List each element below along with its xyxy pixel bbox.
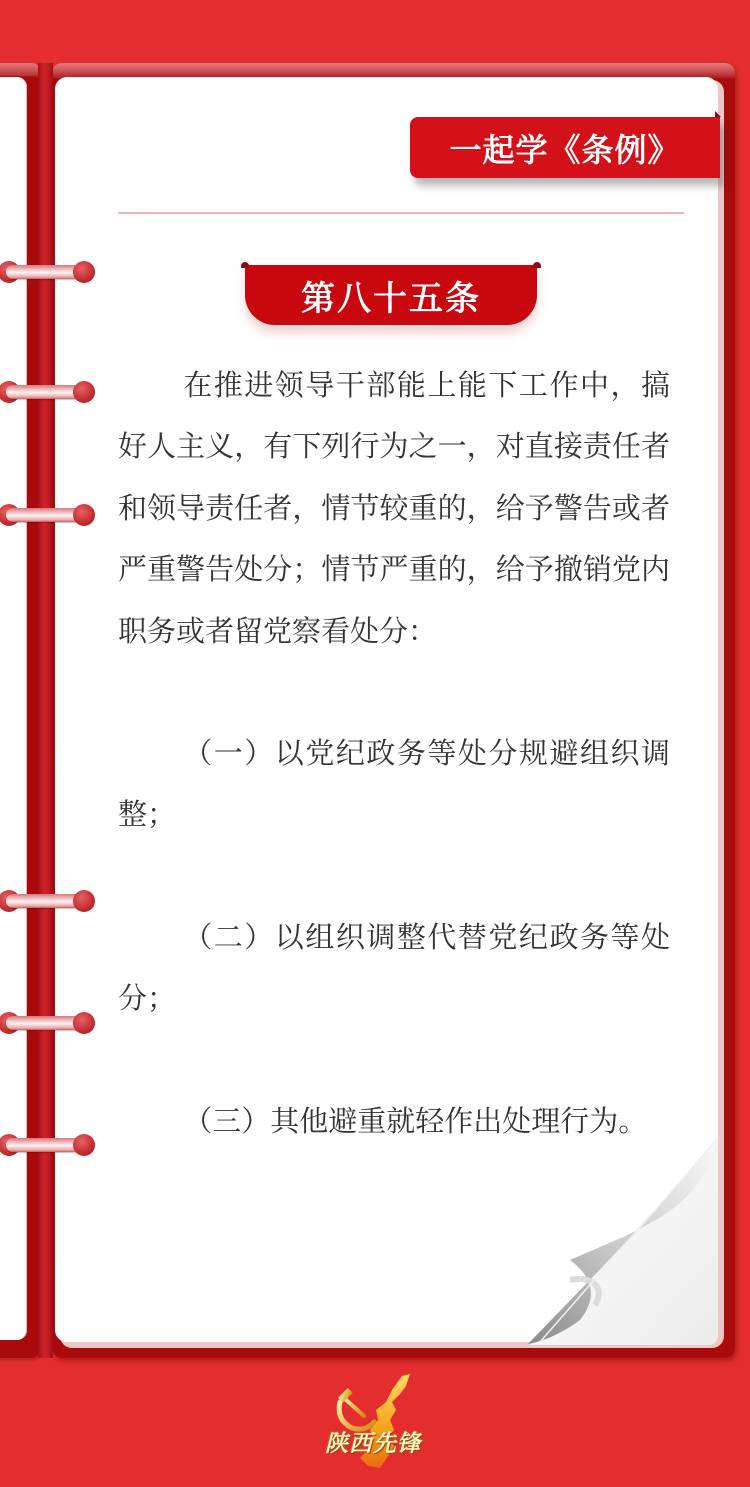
article-intro: 在推进领导干部能上能下工作中，搞好人主义，有下列行为之一，对直接责任者和领导责任… xyxy=(118,355,670,662)
notebook-spine xyxy=(38,63,53,1358)
binder-ring xyxy=(0,381,95,403)
article-item: （二）以组织调整代替党纪政务等处分； xyxy=(118,907,670,1030)
binder-ring xyxy=(0,1012,95,1034)
page-curl-icon xyxy=(500,1130,720,1345)
article-body: 在推进领导干部能上能下工作中，搞好人主义，有下列行为之一，对直接责任者和领导责任… xyxy=(118,355,670,1152)
section-tag: 一起学《条例》 xyxy=(410,117,720,178)
binder-ring xyxy=(0,504,95,526)
article-item: （一）以党纪政务等处分规避组织调整； xyxy=(118,723,670,846)
binder-ring xyxy=(0,261,95,283)
logo-text: 陕西先锋 xyxy=(325,1425,445,1458)
divider xyxy=(118,212,684,214)
binder-ring xyxy=(0,1134,95,1156)
article-title-badge: 第八十五条 xyxy=(245,265,537,325)
binder-ring xyxy=(0,890,95,912)
